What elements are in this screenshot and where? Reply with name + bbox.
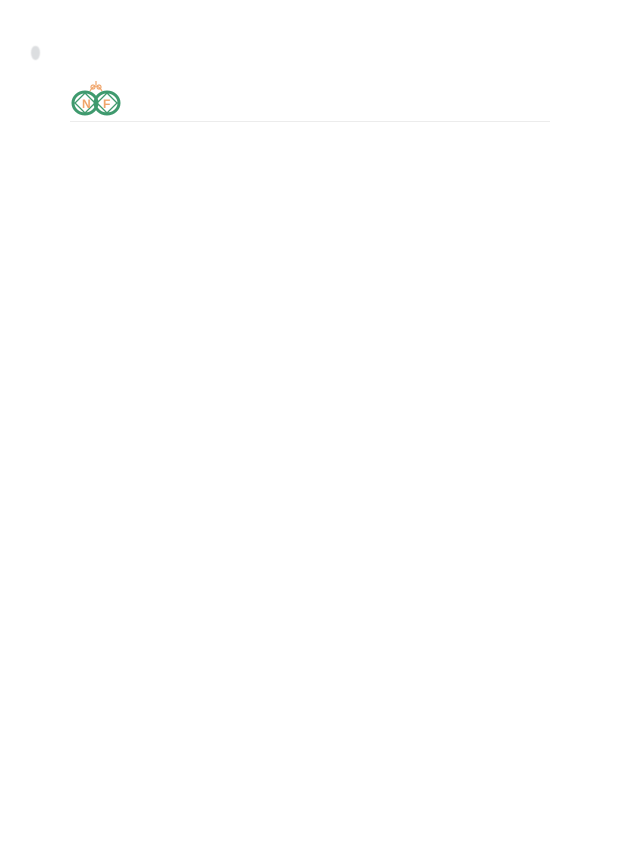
page-header: N F <box>70 78 550 122</box>
svg-text:F: F <box>103 97 110 111</box>
svg-text:N: N <box>82 97 91 111</box>
scan-smudge <box>31 46 40 60</box>
header-divider <box>70 121 550 122</box>
company-logo-icon: N F <box>70 78 122 118</box>
